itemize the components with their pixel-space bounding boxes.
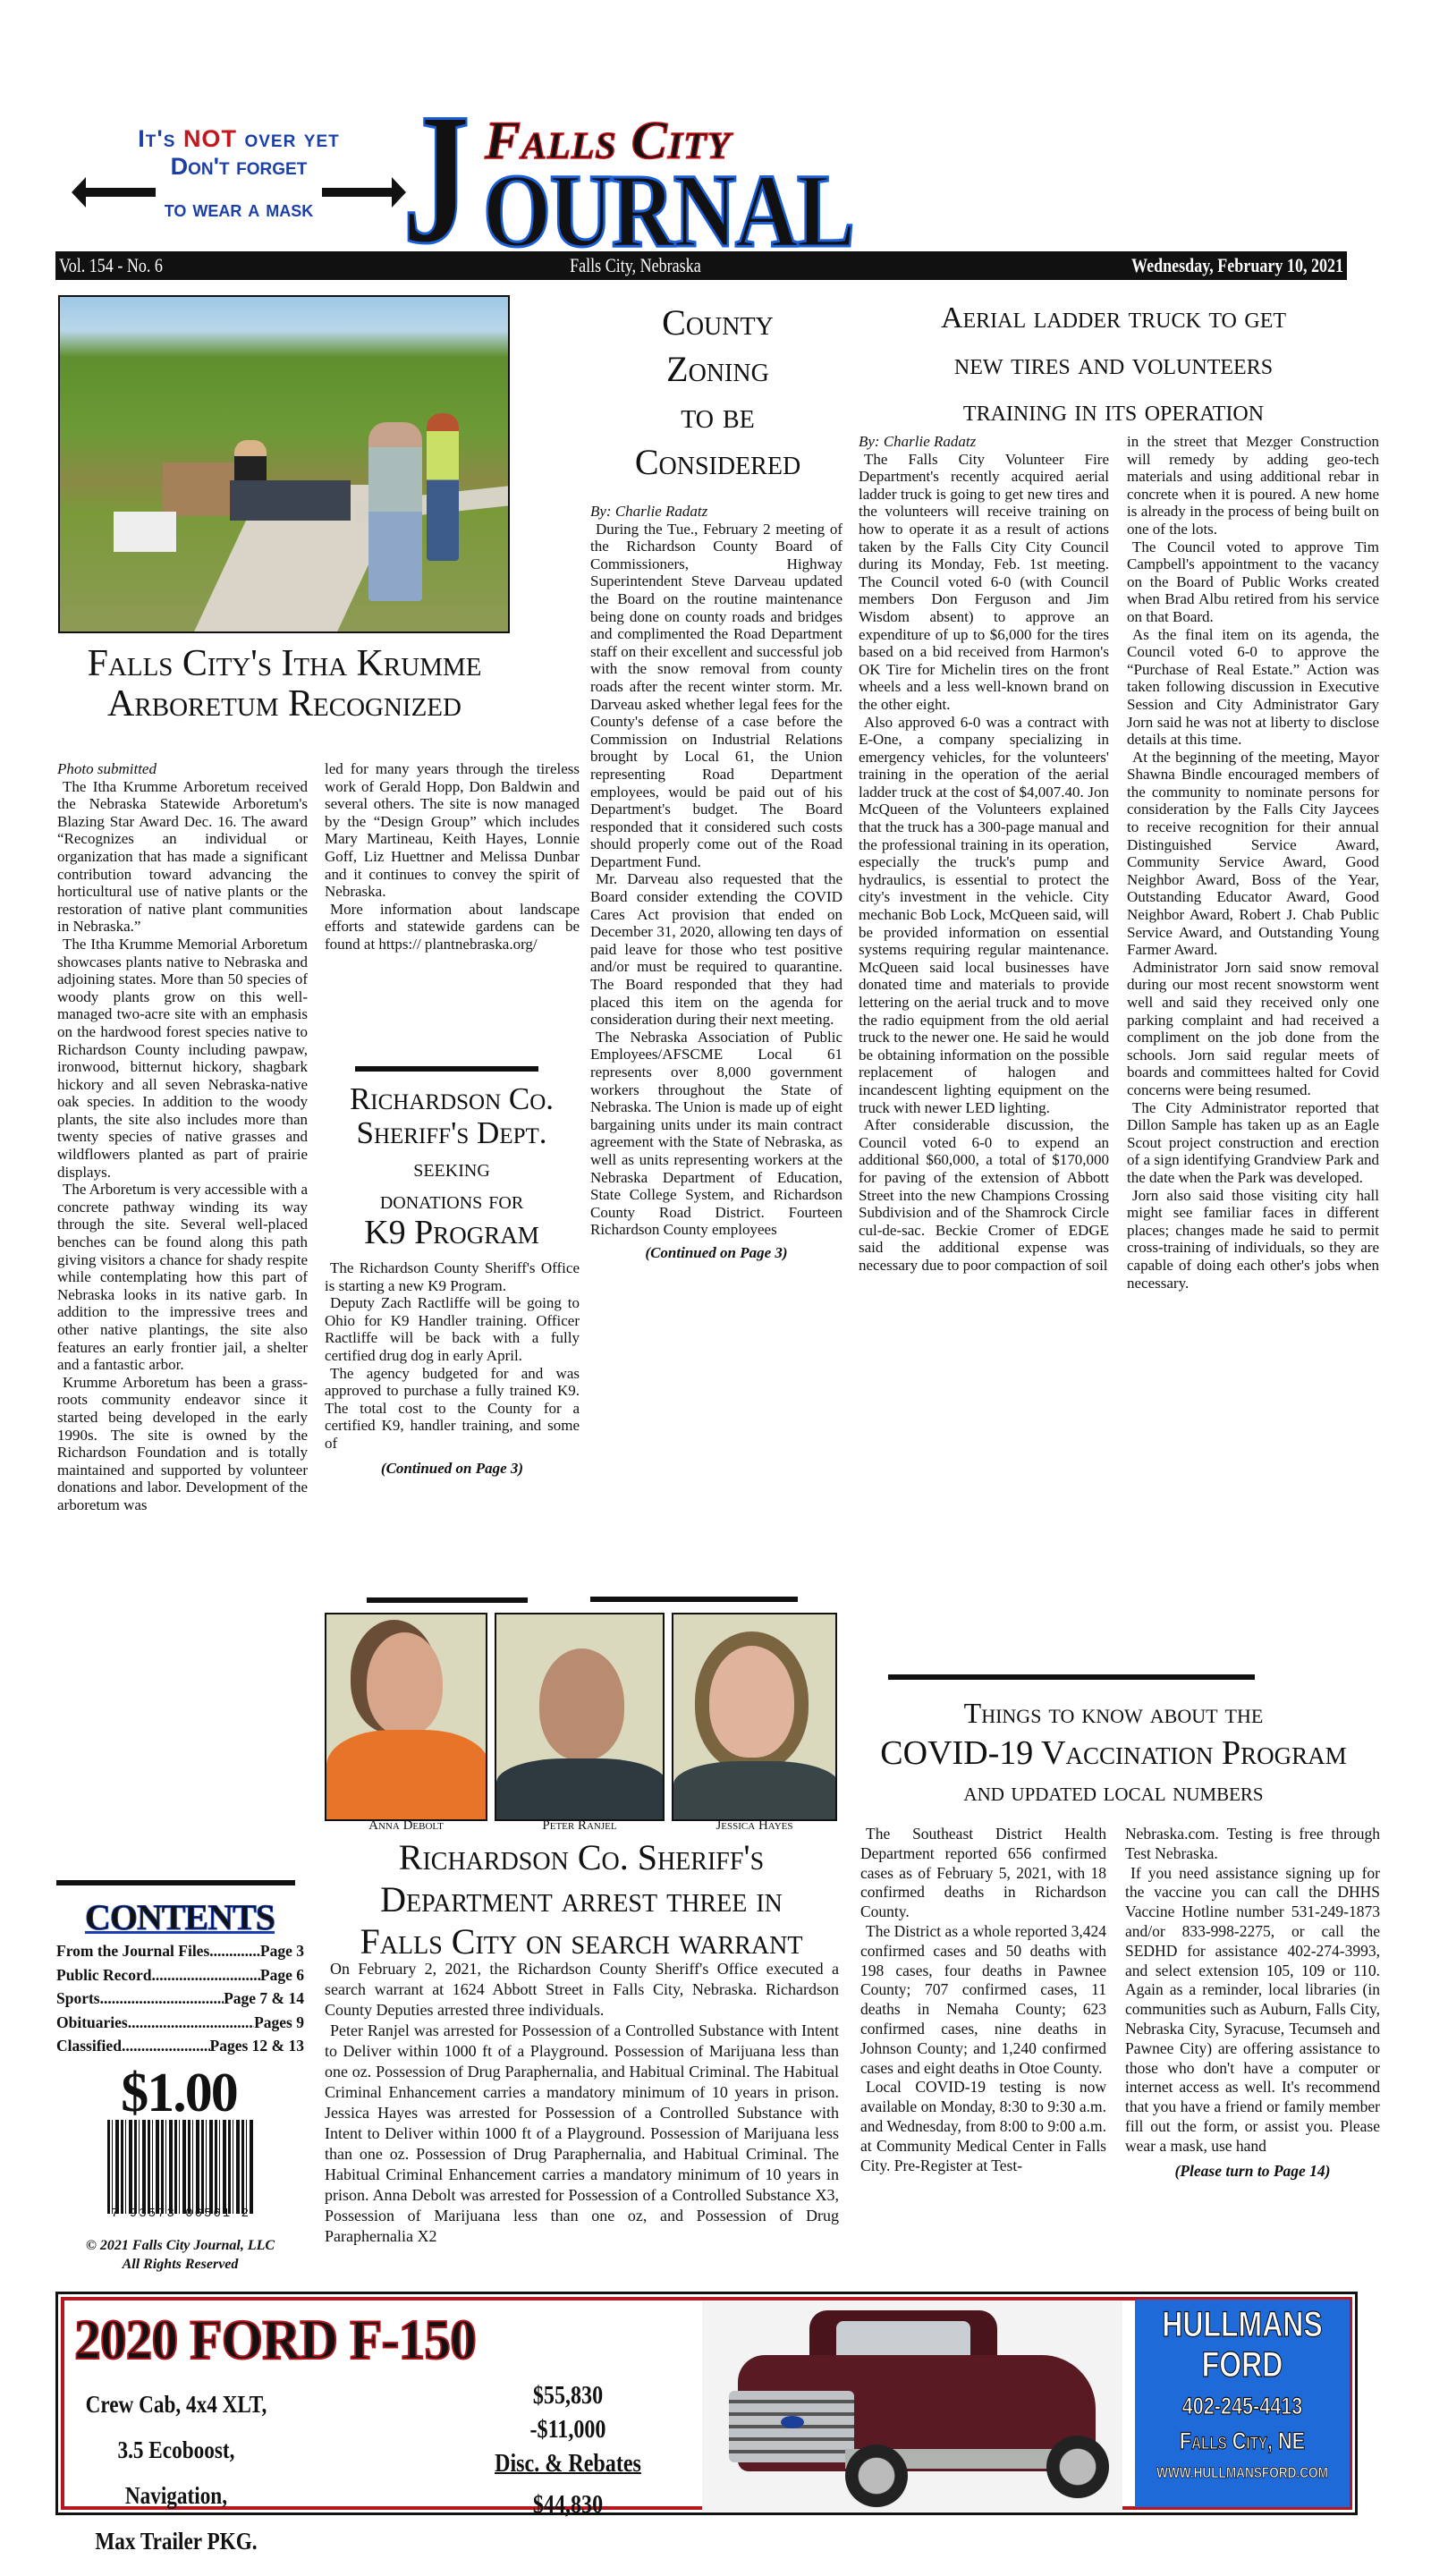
divider [355, 1066, 538, 1072]
slogan-text: over yet [244, 125, 339, 152]
covid-headline: Things to know about the COVID-19 Vaccin… [850, 1695, 1377, 1809]
discount: -$11,000 [491, 2413, 645, 2447]
publication-location: Falls City, Nebraska [570, 254, 701, 277]
zoning-article: By: Charlie Radatz During the Tue., Febr… [590, 503, 843, 1262]
masthead: It's NOT over yet Don't forget to wear a… [55, 94, 1347, 282]
arrests-headline: Richardson Co. Sheriff's Department arre… [322, 1836, 841, 1962]
byline: By: Charlie Radatz [859, 433, 1109, 451]
barcode-number: 7 93573 06561 2 [100, 2207, 261, 2221]
contents-item[interactable]: ClassifiedPages 12 & 13 [56, 2034, 304, 2058]
ladder-article-col1: By: Charlie Radatz The Falls City Volunt… [859, 433, 1109, 1275]
dealer-website-link[interactable]: WWW.HULLMANSFORD.COM [1156, 2464, 1328, 2482]
dealer-panel: HULLMANS FORD 402-245-4413 Falls City, N… [1135, 2300, 1350, 2507]
pickup-truck-image [702, 2301, 1122, 2512]
zoning-headline: County Zoning to be Considered [586, 300, 850, 486]
mugshot-caption: Peter Ranjel [495, 1818, 665, 1834]
volume-number: Vol. 154 - No. 6 [59, 254, 163, 277]
k9-article: The Richardson County Sheriff's Office i… [325, 1259, 580, 1477]
msrp: $55,830 [491, 2379, 645, 2413]
slogan-text: Don't forget [73, 153, 404, 181]
arboretum-headline: Falls City's Itha Krumme Arboretum Recog… [55, 644, 513, 725]
dateline-bar: Vol. 154 - No. 6 Falls City, Nebraska We… [55, 251, 1347, 280]
divider [367, 1597, 528, 1603]
arrow-right-icon [322, 188, 394, 197]
double-arrow-icon [73, 179, 404, 211]
cover-price: $1.00 [89, 2062, 268, 2125]
hullmans-ford-ad[interactable]: 2020 FORD F-150 Crew Cab, 4x4 XLT, 3.5 E… [55, 2292, 1358, 2515]
mugshot-caption: Anna Debolt [325, 1818, 487, 1834]
arboretum-article-col1: Photo submitted The Itha Krumme Arboretu… [57, 760, 308, 1514]
barcode-icon [107, 2120, 253, 2214]
issue-date: Wednesday, February 10, 2021 [1131, 254, 1343, 277]
divider [590, 1597, 798, 1602]
ladder-headline: Aerial ladder truck to get new tires and… [850, 295, 1377, 435]
ford-logo-icon [781, 2416, 804, 2428]
contents-item[interactable]: SportsPage 7 & 14 [56, 1987, 304, 2011]
mugshot-jessica-hayes [672, 1613, 837, 1821]
byline: By: Charlie Radatz [590, 503, 843, 521]
contents-list: From the Journal FilesPage 3 Public Reco… [56, 1939, 304, 2058]
discount-label: Disc. & Rebates [491, 2447, 645, 2481]
divider [56, 1880, 295, 1885]
logo-journal: OURNAL [483, 158, 853, 264]
wheel-icon [1046, 2436, 1109, 2498]
continued-link[interactable]: (Please turn to Page 14) [1125, 2162, 1380, 2182]
contents-item[interactable]: Public RecordPage 6 [56, 1963, 304, 1987]
continued-link[interactable]: (Continued on Page 3) [325, 1460, 580, 1478]
contents-item[interactable]: ObituariesPages 9 [56, 2011, 304, 2035]
mugshot-caption: Jessica Hayes [672, 1818, 837, 1834]
dealer-city: Falls City, NE [1156, 2428, 1328, 2455]
arrow-left-icon [84, 188, 156, 197]
ad-pricing: $55,830 -$11,000 Disc. & Rebates $44,830 [491, 2379, 645, 2522]
ladder-article-col2: in the street that Mezger Construction w… [1127, 433, 1379, 1292]
slogan-text: It's [138, 125, 175, 152]
dealer-phone[interactable]: 402-245-4413 [1156, 2393, 1328, 2420]
logo-letter-j: J [402, 85, 470, 273]
wheel-icon [845, 2445, 908, 2507]
ad-title: 2020 FORD F-150 [74, 2307, 476, 2373]
mugshot-anna-debolt [325, 1613, 487, 1821]
mugshot-peter-ranjel [495, 1613, 665, 1821]
contents-title: CONTENTS [68, 1896, 292, 1938]
divider [888, 1674, 1255, 1680]
k9-headline: Richardson Co. Sheriff's Dept. seeking d… [322, 1082, 581, 1251]
contents-item[interactable]: From the Journal FilesPage 3 [56, 1939, 304, 1963]
arrests-article: On February 2, 2021, the Richardson Coun… [325, 1959, 839, 2247]
final-price: $44,830 [491, 2488, 645, 2522]
ad-specs: Crew Cab, 4x4 XLT, 3.5 Ecoboost, Navigat… [74, 2382, 278, 2564]
copyright: © 2021 Falls City Journal, LLC All Right… [56, 2236, 304, 2274]
covid-article-col2: Nebraska.com. Testing is free through Te… [1125, 1825, 1380, 2181]
slogan-emphasis: NOT [183, 125, 237, 152]
arboretum-photo [58, 295, 510, 633]
covid-article-col1: The Southeast District Health Department… [860, 1825, 1106, 2175]
continued-link[interactable]: (Continued on Page 3) [590, 1244, 843, 1262]
photo-credit: Photo submitted [57, 760, 308, 778]
arboretum-article-col2: led for many years through the tireless … [325, 760, 580, 953]
